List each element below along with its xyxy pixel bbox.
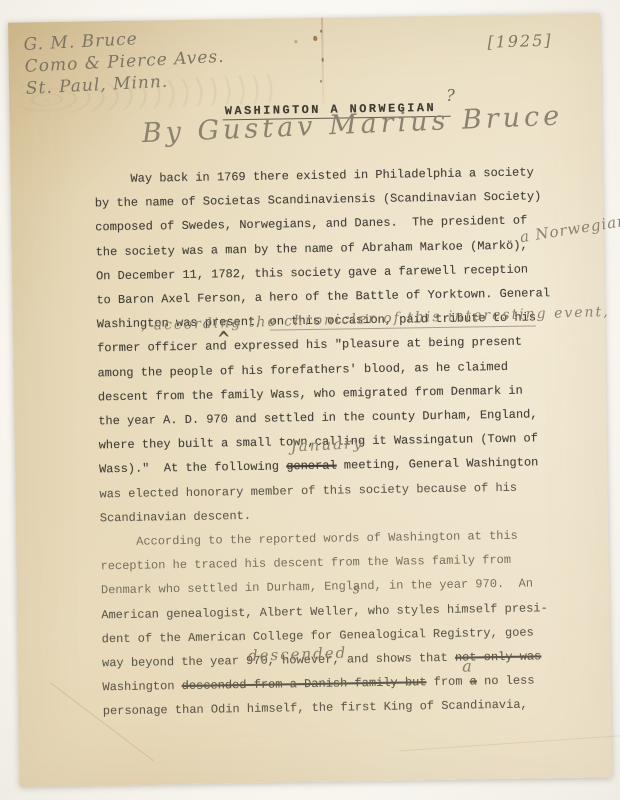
typed-text: Denmark who settled in Durham, England, … [101,577,533,598]
stain-speck [322,58,324,62]
correction-s: s [353,582,360,597]
stain-speck [320,30,322,33]
typed-text: no less [477,674,535,689]
correction-descended: descended [248,644,348,665]
typed-text: among the people of his forefathers' blo… [97,360,508,380]
handwritten-question-mark: ? [446,86,455,105]
stain-speck [294,40,297,43]
struck-text: general [286,459,337,474]
typed-text: to Baron Axel Ferson, a hero of the Batt… [96,286,550,307]
typed-text: personage than Odin himself, the first K… [103,698,528,719]
typed-text: reception he traced his descent from the… [100,553,511,573]
typed-text: Wass)." At the following [99,460,286,477]
document-page: G. M. Bruce Como & Pierce Aves. St. Paul… [8,13,612,786]
typed-text: On December 11, 1782, this society gave … [96,262,528,283]
typed-text: composed of Swedes, Norwegians, and Dane… [95,214,527,235]
year-annotation: [1925] [487,31,553,52]
typed-text: Washington [102,679,181,694]
caret-mark: ^ [217,326,231,351]
typed-text: According to the reported words of Washi… [100,529,518,550]
typed-text: from [426,675,469,690]
typed-text: former officer and expressed his "pleasu… [97,335,522,356]
sender-address: G. M. Bruce Como & Pierce Aves. St. Paul… [23,24,226,100]
typed-text: Scandinavian descent. [100,509,251,525]
typed-text: American genealogist, Albert Weller, who… [101,601,548,622]
correction-a: a [462,656,472,675]
stain-speck [313,36,317,41]
typed-text: dent of the American College for Genealo… [102,625,534,646]
typed-text: descent from the family Wass, who emigra… [98,383,523,404]
typed-text: Way back in 1769 there existed in Philad… [94,165,533,186]
fold-crease [400,735,620,751]
struck-text: descended from a Danish family but [182,675,427,693]
typed-text: meeting, General Washington [337,456,539,473]
correction-january: January [290,434,364,456]
typed-text: was elected honorary member of this soci… [99,480,517,501]
typed-text: the year A. D. 970 and settled in the co… [98,407,537,428]
typed-text: the society was a man by the name of Abr… [96,238,528,259]
stain-speck [320,80,322,83]
typed-text: by the name of Societas Scandinaviensis … [95,190,542,211]
